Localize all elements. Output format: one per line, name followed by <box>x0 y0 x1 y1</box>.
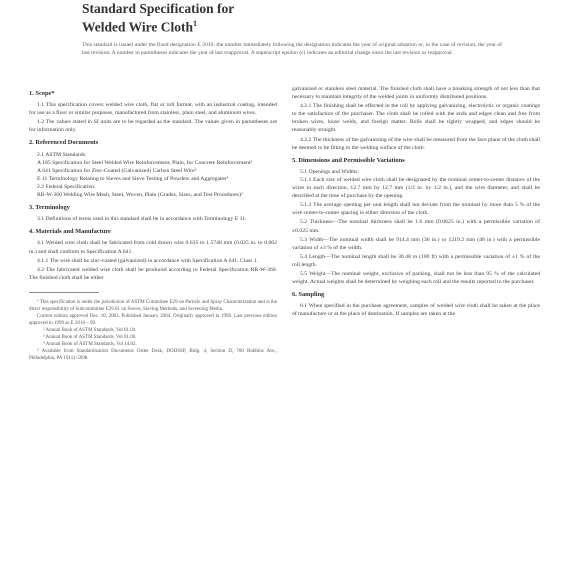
paragraph: 1.2 The values stated in SI units are to… <box>29 118 277 134</box>
paragraph: 4.2.2 The thickness of the galvanizing o… <box>292 136 540 152</box>
paragraph: 5.4 Length—The nominal length shall be 3… <box>292 253 540 269</box>
reference-item: A 641 Specification for Zinc-Coated (Gal… <box>29 167 277 175</box>
right-column: galvanized or stainless steel material. … <box>292 85 540 319</box>
footnote-divider <box>29 292 99 293</box>
title-footnote-mark: 1 <box>193 19 197 28</box>
paragraph: 5.1.2 The average opening per unit lengt… <box>292 201 540 217</box>
section-dimensions: 5. Dimensions and Permissible Variations… <box>292 157 540 286</box>
reference-item: E 11 Terminology Relating to Sieves and … <box>29 175 277 183</box>
section-heading: 2. Referenced Documents <box>29 139 277 147</box>
section-heading: 4. Materials and Manufacture <box>29 228 277 236</box>
footnote: ⁴ Annual Book of ASTM Standards, Vol 14.… <box>29 341 277 348</box>
section-scope: 1. Scope* 1.1 This specification covers … <box>29 90 277 134</box>
paragraph: 3.1 Definitions of terms used in this st… <box>29 215 277 223</box>
paragraph: 4.1.1 The wire shall be zinc-coated (gal… <box>29 257 277 265</box>
reference-item: A 185 Specification for Steel Welded Wir… <box>29 159 277 167</box>
section-terminology: 3. Terminology 3.1 Definitions of terms … <box>29 204 277 223</box>
footnote: ² Annual Book of ASTM Standards, Vol 01.… <box>29 327 277 334</box>
section-heading: 6. Sampling <box>292 291 540 299</box>
subheading: 5.1 Openings and Widths: <box>292 168 540 176</box>
footnotes: ¹ This specification is under the jurisd… <box>29 299 277 362</box>
section-referenced-documents: 2. Referenced Documents 2.1 ASTM Standar… <box>29 139 277 199</box>
section-heading: 5. Dimensions and Permissible Variations <box>292 157 540 165</box>
section-heading: 1. Scope* <box>29 90 277 98</box>
subheading: 2.2 Federal Specification: <box>29 183 277 191</box>
left-column: 1. Scope* 1.1 This specification covers … <box>29 85 277 362</box>
subheading: 2.1 ASTM Standards: <box>29 151 277 159</box>
footnote: ¹ This specification is under the jurisd… <box>29 299 277 313</box>
paragraph: 6.1 When specified in the purchase agree… <box>292 302 540 318</box>
footnote: Current edition approved Dec. 10, 2003. … <box>29 313 277 327</box>
footnote: ⁵ Available from Standardization Documen… <box>29 348 277 362</box>
paragraph: 5.2 Thickness—The nominal thickness shal… <box>292 218 540 234</box>
paragraph-continued: galvanized or stainless steel material. … <box>292 85 540 101</box>
document-title: Standard Specification for Welded Wire C… <box>82 1 234 35</box>
paragraph: 4.2.1 The finishing shall be effected in… <box>292 102 540 134</box>
paragraph: 4.1 Welded wire cloth shall be fabricate… <box>29 239 277 255</box>
footnote: ³ Annual Book of ASTM Standards, Vol 01.… <box>29 334 277 341</box>
paragraph: 5.5 Weight—The nominal weight, exclusive… <box>292 270 540 286</box>
paragraph: 4.2 The fabricated welded wire cloth sha… <box>29 266 277 282</box>
paragraph: 5.1.1 Each size of welded wire cloth sha… <box>292 176 540 200</box>
section-materials: 4. Materials and Manufacture 4.1 Welded … <box>29 228 277 282</box>
reference-item: RR-W-360 Welding Wire Mesh, Steel, Woven… <box>29 191 277 199</box>
title-line-2: Welded Wire Cloth1 <box>82 16 234 35</box>
title-line-1: Standard Specification for <box>82 1 234 16</box>
standard-notice: This standard is issued under the fixed … <box>82 42 502 57</box>
paragraph: 5.3 Width—The nominal width shall be 914… <box>292 236 540 252</box>
section-sampling: 6. Sampling 6.1 When specified in the pu… <box>292 291 540 318</box>
section-heading: 3. Terminology <box>29 204 277 212</box>
paragraph: 1.1 This specification covers welded wir… <box>29 101 277 117</box>
